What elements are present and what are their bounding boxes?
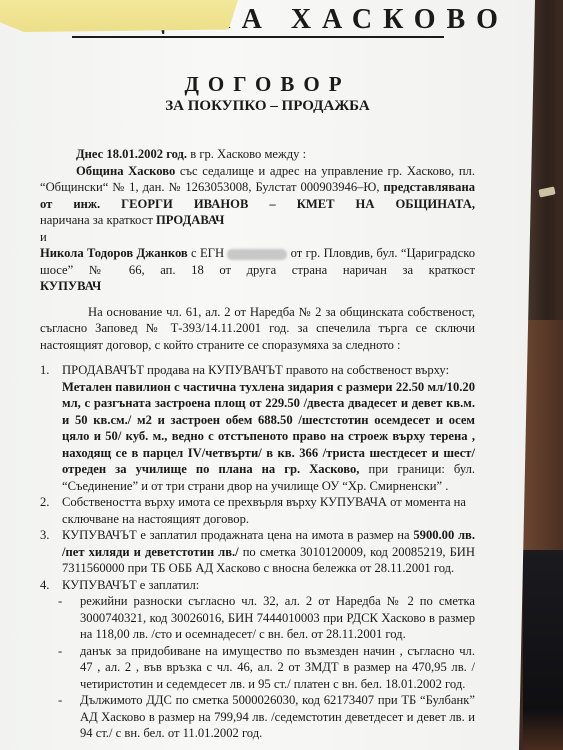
- document-title: ДОГОВОР: [0, 72, 535, 97]
- payment-item: -режийни разноски съгласно чл. 32, ал. 2…: [58, 593, 475, 643]
- desk-background: [523, 550, 563, 750]
- clause-2: 2. Собствеността върху имота се прехвърл…: [40, 494, 475, 527]
- contract-page: ОБЩИНА ХАСКОВО ДОГОВОР ЗА ПОКУПКО – ПРОД…: [0, 0, 535, 750]
- party-seller: Община Хасково със седалище и адрес на у…: [40, 163, 475, 213]
- contract-body: Днес 18.01.2002 год. в гр. Хасково между…: [40, 146, 475, 742]
- clause-1: 1. ПРОДАВАЧЪТ продава на КУПУВАЧЪТ право…: [40, 362, 475, 494]
- desk-background: [523, 320, 563, 550]
- legal-basis: На основание чл. 61, ал. 2 от Наредба № …: [40, 304, 475, 354]
- party-buyer: Никола Тодоров Джанков с ЕГН от гр. Плов…: [40, 245, 475, 278]
- seller-role: наричана за краткост ПРОДАВАЧ: [40, 212, 475, 229]
- payment-item: -Дължимото ДДС по сметка 5000026030, код…: [58, 692, 475, 742]
- clause-3: 3. КУПУВАЧЪТ е заплатил продажната цена …: [40, 527, 475, 577]
- clause-4: 4. КУПУВАЧЪТ е заплатил:: [40, 577, 475, 594]
- redacted-egn: [227, 249, 287, 260]
- document-subtitle: ЗА ПОКУПКО – ПРОДАЖБА: [0, 98, 535, 115]
- sticky-note: [0, 0, 238, 32]
- buyer-role: КУПУВАЧ: [40, 278, 475, 295]
- and-connector: и: [40, 229, 475, 246]
- date-line: Днес 18.01.2002 год. в гр. Хасково между…: [40, 146, 475, 163]
- payment-item: -данък за придобиване на имущество по въ…: [58, 643, 475, 693]
